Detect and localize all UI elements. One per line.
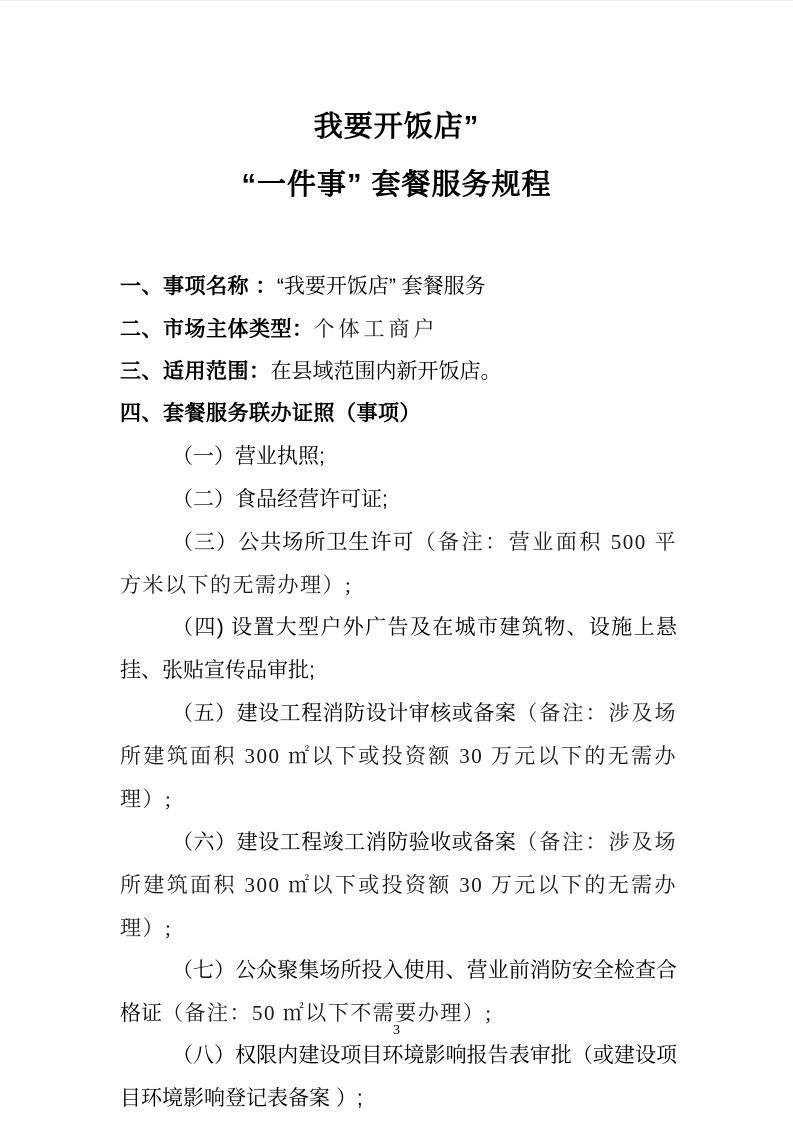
item-text: （三）公共场所卫生许可 xyxy=(172,531,415,554)
section-heading: 四、套餐服务联办证照（事项） xyxy=(120,402,421,425)
section-value: 在县域范围内新开饭店。 xyxy=(271,360,502,383)
section-heading: 三、适用范围： xyxy=(120,360,271,383)
section-item-name: 一、事项名称 ：“我要开饭店” 套餐服务 xyxy=(120,266,677,308)
section-heading: 二、市场主体类型： xyxy=(120,318,314,341)
list-item-5: （五）建设工程消防设计审核或备案（备注：涉及场所建筑面积 300 ㎡以下或投资额… xyxy=(120,692,677,821)
page-number: 3 xyxy=(0,1021,793,1041)
list-item-6: （六）建设工程竣工消防验收或备案（备注：涉及场所建筑面积 300 ㎡以下或投资额… xyxy=(120,821,677,950)
title-block: 我要开饭店” “一件事” 套餐服务规程 xyxy=(0,113,793,200)
item-text: （二）食品经营许可证; xyxy=(172,488,388,511)
doc-title-line2: “一件事” 套餐服务规程 xyxy=(0,171,793,200)
doc-title-line1: 我要开饭店” xyxy=(0,113,793,142)
item-text: （四) 设置大型户外广告及在城市建筑物、设施上悬挂、张贴宣传品审批; xyxy=(120,616,677,682)
section-heading: 一、事项名称 ： xyxy=(120,275,277,298)
section-market-entity-type: 二、市场主体类型：个体工商户 xyxy=(120,308,677,351)
list-item-4: （四) 设置大型户外广告及在城市建筑物、设施上悬挂、张贴宣传品审批; xyxy=(120,607,677,692)
document-page: 我要开饭店” “一件事” 套餐服务规程 一、事项名称 ：“我要开饭店” 套餐服务… xyxy=(0,0,793,1122)
list-item-8: （八）权限内建设项目环境影响报告表审批（或建设项目环境影响登记表备案 ）; xyxy=(120,1035,677,1120)
list-item-1: （一）营业执照; xyxy=(120,435,677,478)
item-text: （六）建设工程竣工消防验收或备案 xyxy=(172,831,516,854)
document-body: 一、事项名称 ：“我要开饭店” 套餐服务 二、市场主体类型：个体工商户 三、适用… xyxy=(120,266,677,1120)
section-bundled-licenses: 四、套餐服务联办证照（事项） xyxy=(120,393,677,435)
list-item-3: （三）公共场所卫生许可（备注：营业面积 500 平方米以下的无需办理）; xyxy=(120,521,677,607)
section-value: “我要开饭店” 套餐服务 xyxy=(277,275,486,298)
section-value: 个体工商户 xyxy=(314,317,439,341)
list-item-2: （二）食品经营许可证; xyxy=(120,478,677,521)
section-applicable-scope: 三、适用范围：在县域范围内新开饭店。 xyxy=(120,351,677,393)
item-text: （一）营业执照; xyxy=(172,445,325,468)
item-text: （五）建设工程消防设计审核或备案 xyxy=(172,702,516,725)
item-text: （八）权限内建设项目环境影响报告表审批（或建设项目环境影响登记表备案 ）; xyxy=(120,1044,677,1110)
